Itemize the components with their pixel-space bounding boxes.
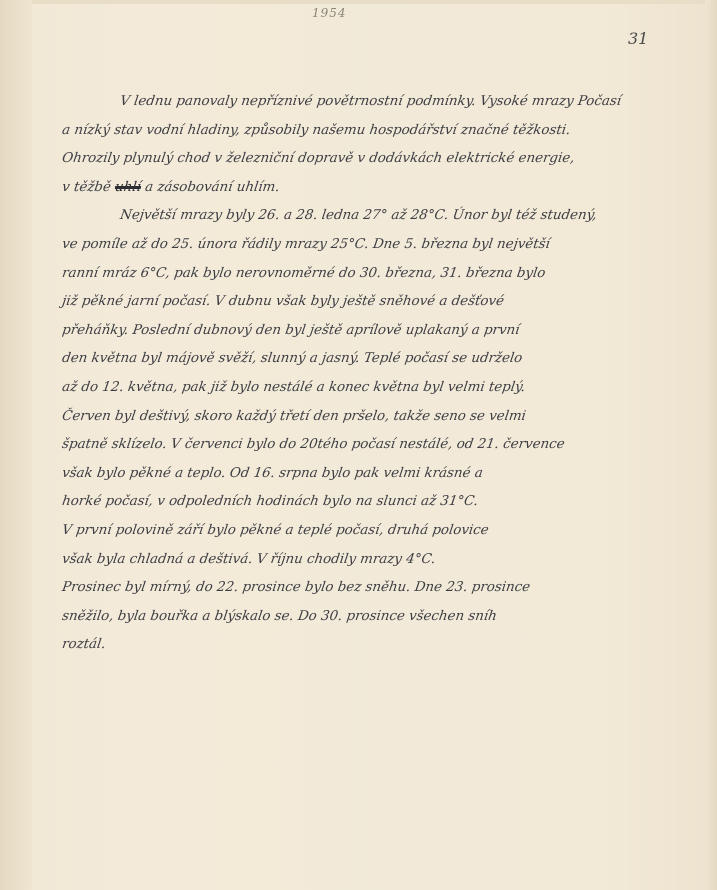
text-fragment: a zásobování uhlím.	[140, 180, 281, 195]
text-line: a nízký stav vodní hladiny, způsobily na…	[60, 117, 664, 146]
handwritten-text-body: V lednu panovaly nepříznivé povětrnostní…	[62, 88, 662, 660]
text-line: Ohrozily plynulý chod v železniční dopra…	[60, 145, 664, 174]
text-line: až do 12. května, pak již bylo nestálé a…	[60, 374, 664, 403]
text-line: však bylo pěkné a teplo. Od 16. srpna by…	[60, 460, 664, 489]
page-right-edge	[705, 0, 717, 890]
text-line: ve pomíle až do 25. února řádily mrazy 2…	[60, 231, 664, 260]
text-line: V první polovině září bylo pěkné a teplé…	[60, 517, 664, 546]
text-line: přeháňky. Poslední dubnový den byl ještě…	[60, 317, 664, 346]
year-annotation: 1954	[312, 6, 347, 20]
text-line: Prosinec byl mírný, do 22. prosince bylo…	[60, 574, 664, 603]
text-line: roztál.	[60, 631, 664, 660]
struck-out-word: uhlí	[114, 180, 142, 195]
text-line: již pěkné jarní počasí. V dubnu však byl…	[60, 288, 664, 317]
manuscript-page: 1954 31 V lednu panovaly nepříznivé pově…	[0, 0, 717, 890]
text-line: špatně sklízelo. V červenci bylo do 20té…	[60, 431, 664, 460]
page-binding-edge	[0, 0, 32, 890]
page-top-edge	[0, 0, 717, 4]
text-line: ranní mráz 6°C, pak bylo nerovnoměrné do…	[60, 260, 664, 289]
text-fragment: v těžbě	[61, 180, 116, 195]
text-line: však byla chladná a deštivá. V říjnu cho…	[60, 546, 664, 575]
text-line: horké počasí, v odpoledních hodinách byl…	[60, 488, 664, 517]
text-line: V lednu panovaly nepříznivé povětrnostní…	[60, 88, 664, 117]
text-line: sněžilo, byla bouřka a blýskalo se. Do 3…	[60, 603, 664, 632]
text-line: den května byl májově svěží, slunný a ja…	[60, 345, 664, 374]
text-line: Největší mrazy byly 26. a 28. ledna 27° …	[60, 202, 664, 231]
text-line-with-strikeout: v těžbě uhlí a zásobování uhlím.	[60, 174, 664, 203]
page-number: 31	[628, 29, 648, 48]
text-line: Červen byl deštivý, skoro každý třetí de…	[60, 403, 664, 432]
